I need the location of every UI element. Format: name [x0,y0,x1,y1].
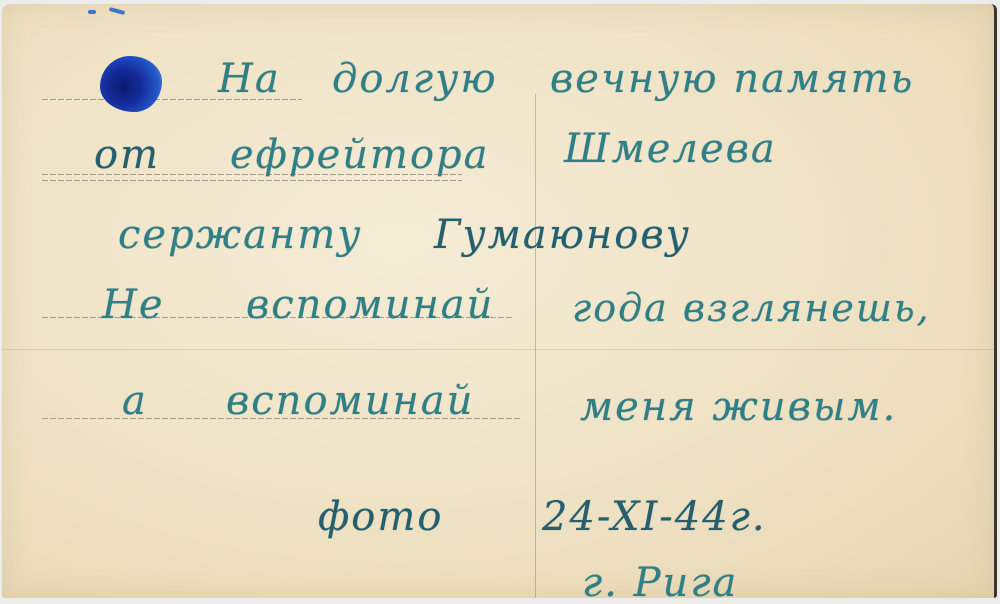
handwriting-line4-right: года взглянешь, [572,286,931,330]
handwriting-line5-middle: вспоминай [226,378,474,424]
handwriting-line5-left: а [122,378,148,424]
ink-speck [88,10,96,14]
handwriting-line2-left: от [94,132,160,178]
caption-date: 24-XI-44г. [542,494,767,540]
handwriting-line1-middle: долгую [332,56,498,102]
handwriting-line1-right: вечную память [550,56,914,102]
handwriting-line1-left: На [218,56,281,102]
center-divider-line [535,94,536,598]
handwriting-line2-right: Шмелева [564,126,777,172]
caption-photo-label: фото [318,494,443,540]
printed-rule-line [42,180,462,181]
handwriting-line4-middle: вспоминай [246,282,494,328]
horizontal-fold-crease [2,349,994,350]
handwriting-line3-left: сержанту [118,212,362,258]
postcard-back: На долгую вечную память от ефрейтора Шме… [2,4,997,598]
handwriting-line4-left: Не [102,282,165,328]
caption-place: г. Рига [582,560,738,598]
handwriting-line5-right: меня живым. [580,384,897,430]
ink-blot [100,56,162,112]
handwriting-line3-middle: Гумаюнову [434,212,691,258]
ink-speck [109,7,125,15]
handwriting-line2-middle: ефрейтора [230,132,489,178]
